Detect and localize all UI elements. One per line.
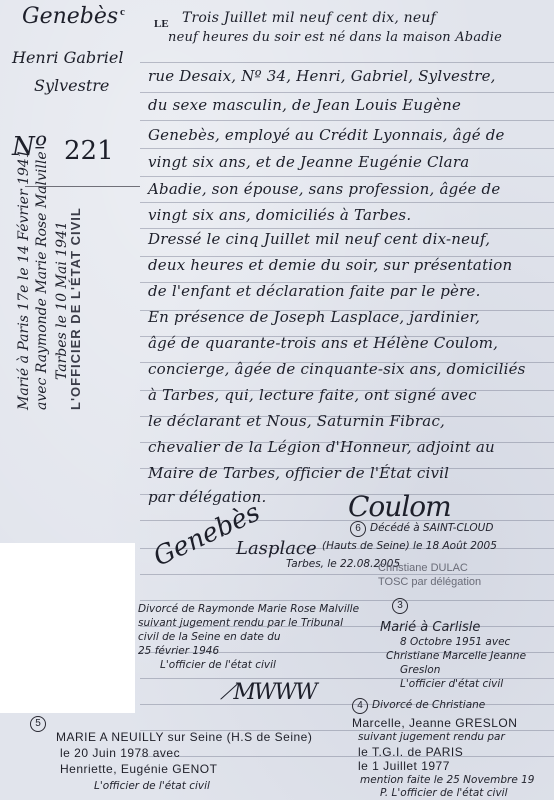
ruled-line [140, 704, 554, 705]
marriage-3-line-1: MARIE A NEUILLY sur Seine (H.S de Seine) [56, 730, 312, 744]
death-mention-line-1: 6Décédé à SAINT-CLOUD [350, 521, 493, 537]
death-place: Décédé à SAINT-CLOUD [370, 522, 493, 534]
margin-annotation-line-2: avec Raymonde Marie Rose Malville [34, 151, 50, 410]
death-mention-line-2: (Hauts de Seine) le 18 Août 2005 [322, 540, 497, 552]
margin-surname: Genebès [22, 4, 118, 29]
ruled-line [140, 600, 554, 601]
document-scan: Genebès c Henri Gabriel Sylvestre Nº 221… [0, 0, 554, 800]
divorce-2-line-3: suivant jugement rendu par [358, 731, 505, 743]
marriage-2-line-2: 8 Octobre 1951 avec [400, 636, 510, 648]
marriage-2-line-3: Christiane Marcelle Jeanne [386, 650, 526, 662]
body-line-2: neuf heures du soir est né dans la maiso… [168, 30, 502, 45]
ruled-line [140, 574, 554, 575]
divorce-1-line-1: Divorcé de Raymonde Marie Rose Malville [138, 603, 359, 615]
marriage-3-line-4: L'officier de l'état civil [94, 780, 210, 792]
stamp-officer-name: Christiane DULAC [378, 562, 468, 574]
signature-scribble: ⟋MWWW [220, 680, 316, 705]
divorce-2-line-5: le 1 Juillet 1977 [358, 759, 450, 773]
body-line-8: vingt six ans, domiciliés à Tarbes. [148, 206, 411, 224]
ruled-line [140, 228, 554, 229]
body-line-9: Dressé le cinq Juillet mil neuf cent dix… [148, 230, 490, 248]
signature-lasplace: Lasplace [236, 538, 317, 559]
divorce-1-line-4: 25 février 1946 [138, 645, 219, 657]
divorce-2-line-4: le T.G.I. de PARIS [358, 745, 463, 759]
mention-number-5: 5 [30, 716, 46, 732]
body-line-5: Genebès, employé au Crédit Lyonnais, âgé… [148, 126, 505, 144]
marriage-2-line-5: L'officier d'état civil [400, 678, 503, 690]
divorce-2-text-1: Divorcé de Christiane [372, 699, 485, 711]
marriage-3-number-line: 5 [30, 716, 50, 732]
marriage-3-line-2: le 20 Juin 1978 avec [60, 746, 180, 760]
divorce-1-line-2: suivant jugement rendu par le Tribunal [138, 617, 343, 629]
body-line-12: En présence de Joseph Lasplace, jardinie… [148, 308, 480, 326]
divorce-2-line-6: mention faite le 25 Novembre 19 [360, 774, 535, 786]
body-line-15: à Tarbes, qui, lecture faite, ont signé … [148, 386, 477, 404]
body-line-10: deux heures et demie du soir, sur présen… [148, 256, 512, 274]
ruled-line [140, 92, 554, 93]
mention-number-4: 4 [352, 698, 368, 714]
body-line-4: du sexe masculin, de Jean Louis Eugène [148, 96, 461, 114]
divorce-1-line-5: L'officier de l'état civil [160, 659, 276, 671]
officer-stamp: L'OFFICIER DE L'ÉTAT CIVIL [68, 207, 83, 410]
body-line-11: de l'enfant et déclaration faite par le … [148, 282, 481, 300]
divorce-2-line-7: P. L'officier de l'état civil [380, 787, 508, 799]
ruled-line [140, 202, 554, 203]
ruled-line [140, 62, 554, 63]
body-line-3: rue Desaix, Nº 34, Henri, Gabriel, Sylve… [148, 67, 496, 85]
printed-le: LE [154, 18, 169, 30]
marriage-3-line-3: Henriette, Eugénie GENOT [60, 762, 217, 776]
body-line-16: le déclarant et Nous, Saturnin Fibrac, [148, 412, 445, 430]
mention-number-3: 3 [392, 598, 408, 614]
signature-coulom: Coulom [348, 490, 451, 523]
signature-father: Genebès [149, 497, 265, 572]
mention-number-6: 6 [350, 521, 366, 537]
body-line-14: concierge, âgée de cinquante-six ans, do… [148, 360, 526, 378]
body-line-18: Maire de Tarbes, officier de l'État civi… [148, 464, 449, 482]
ruled-line [140, 756, 554, 757]
margin-surname-superscript: c [120, 6, 125, 18]
ruled-line [140, 148, 554, 149]
body-line-1: Trois Juillet mil neuf cent dix, neuf [182, 10, 436, 26]
margin-given-names-1: Henri Gabriel [12, 48, 124, 67]
body-line-7: Abadie, son épouse, sans profession, âgé… [148, 180, 500, 198]
body-line-17: chevalier de la Légion d'Honneur, adjoin… [148, 438, 495, 456]
body-line-6: vingt six ans, et de Jeanne Eugénie Clar… [148, 153, 469, 171]
redaction-box [0, 543, 135, 713]
ruled-line [140, 120, 554, 121]
margin-annotation-line-1: Marié à Paris 17e le 14 Février 1941 [16, 149, 32, 410]
marriage-2-line-1: Marié à Carlisle [380, 620, 480, 635]
ruled-line [140, 176, 554, 177]
body-line-13: âgé de quarante-trois ans et Hélène Coul… [148, 334, 498, 352]
divorce-2-line-1: 4Divorcé de Christiane [352, 698, 485, 714]
marriage-2-number-line: 3 [392, 598, 412, 614]
stamp-officer-role: TOSC par délégation [378, 576, 481, 588]
divorce-1-line-3: civil de la Seine en date du [138, 631, 281, 643]
marriage-2-line-4: Greslon [400, 664, 440, 676]
divorce-2-line-2: Marcelle, Jeanne GRESLON [352, 716, 517, 730]
